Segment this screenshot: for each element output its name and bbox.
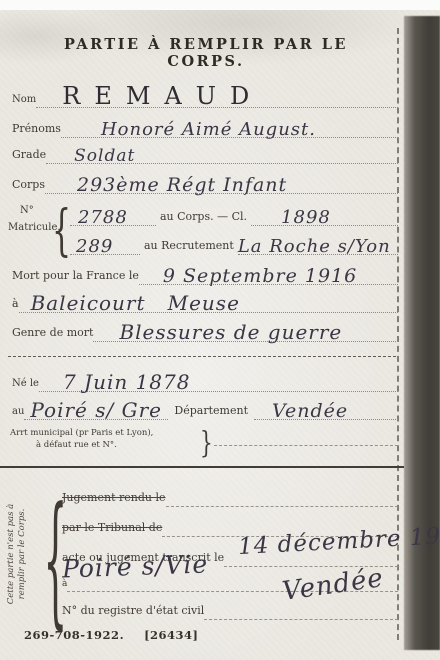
- field-prenoms: Prénoms Honoré Aimé August.: [12, 110, 398, 138]
- field-arrondissement-line: [214, 424, 398, 446]
- print-code-number: 269-708-1922.: [24, 628, 124, 642]
- field-nom: Nom REMAUD: [12, 74, 398, 108]
- prenoms-label: Prénoms: [12, 122, 61, 138]
- field-grade: Grade Soldat: [12, 140, 398, 164]
- arrondissement-brace: }: [200, 424, 213, 460]
- field-registre: N° du registre d'état civil: [62, 598, 398, 620]
- corps-value: 293ème Régt Infant: [77, 174, 287, 196]
- mort-le-value: 9 Septembre 1916: [163, 265, 357, 287]
- matricule-brace: {: [52, 199, 71, 264]
- matricule-corps-text: au Corps. — Cl.: [160, 210, 247, 226]
- field-jugement-rendu: Jugement rendu le: [62, 482, 398, 507]
- matricule-recrutement-text: au Recrutement: [144, 239, 234, 255]
- corps-label: Corps: [12, 178, 45, 194]
- nom-value: REMAUD: [62, 82, 263, 110]
- ne-le-value: 7 Juin 1878: [63, 370, 191, 394]
- field-ne-le: Né le 7 Juin 1878: [12, 364, 398, 392]
- scanned-document: PARTIE À REMPLIR PAR LE CORPS. Nom REMAU…: [0, 0, 440, 660]
- field-corps: Corps 293ème Régt Infant: [12, 168, 398, 194]
- field-ne-au: au Poiré s/ Gre Département Vendée: [12, 393, 398, 420]
- matricule-recrutement-number: 289: [76, 236, 113, 257]
- transcrit-a-value: Poiré s/Vie: [62, 549, 209, 583]
- field-mort-le: Mort pour la France le 9 Septembre 1916: [12, 257, 398, 285]
- arrondissement-label-line1: Arrt municipal (pr Paris et Lyon),: [10, 428, 153, 438]
- field-matricule-corps: 2788 au Corps. — Cl. 1898: [70, 198, 398, 226]
- side-note-vertical: Cette partie n'est pas à remplir par le …: [6, 490, 29, 618]
- genre-mort-value: Blessures de guerre: [119, 320, 342, 344]
- departement-label: Département: [174, 404, 248, 420]
- matricule-recrutement-place: La Roche s/Yon: [238, 236, 391, 257]
- jugement-rendu-label: Jugement rendu le: [62, 491, 166, 507]
- prenoms-value: Honoré Aimé August.: [101, 119, 316, 140]
- section-divider-solid: [0, 466, 404, 468]
- genre-mort-label: Genre de mort: [12, 326, 93, 342]
- grade-value: Soldat: [74, 146, 135, 166]
- ne-le-label: Né le: [12, 378, 39, 392]
- mort-le-label: Mort pour la France le: [12, 269, 139, 285]
- section-divider-dashed: [8, 356, 396, 357]
- binding-shadow: [404, 16, 440, 650]
- grade-label: Grade: [12, 148, 46, 164]
- field-genre-mort: Genre de mort Blessures de guerre: [12, 314, 398, 342]
- matricule-classe: 1898: [281, 207, 331, 228]
- field-mort-a: à Baleicourt Meuse: [12, 286, 398, 313]
- print-reference: 269-708-1922. [26434]: [24, 628, 198, 642]
- tribunal-label: par le Tribunal de: [62, 521, 162, 537]
- matricule-corps-number: 2788: [78, 207, 128, 228]
- ne-au-label: au: [12, 406, 24, 420]
- ne-au-value: Poiré s/ Gre: [30, 398, 162, 422]
- registre-label: N° du registre d'état civil: [62, 604, 204, 620]
- departement-value: Vendée: [272, 400, 348, 422]
- arrondissement-label-line2: à défaut rue et N°.: [36, 440, 117, 450]
- field-matricule-recrutement: 289 au Recrutement La Roche s/Yon: [70, 227, 398, 255]
- nom-label: Nom: [12, 94, 36, 108]
- matricule-label-line1: N°: [20, 205, 34, 216]
- document-title: PARTIE À REMPLIR PAR LE CORPS.: [28, 36, 384, 70]
- print-code-bracket: [26434]: [144, 628, 198, 642]
- mort-a-value: Baleicourt Meuse: [31, 291, 240, 315]
